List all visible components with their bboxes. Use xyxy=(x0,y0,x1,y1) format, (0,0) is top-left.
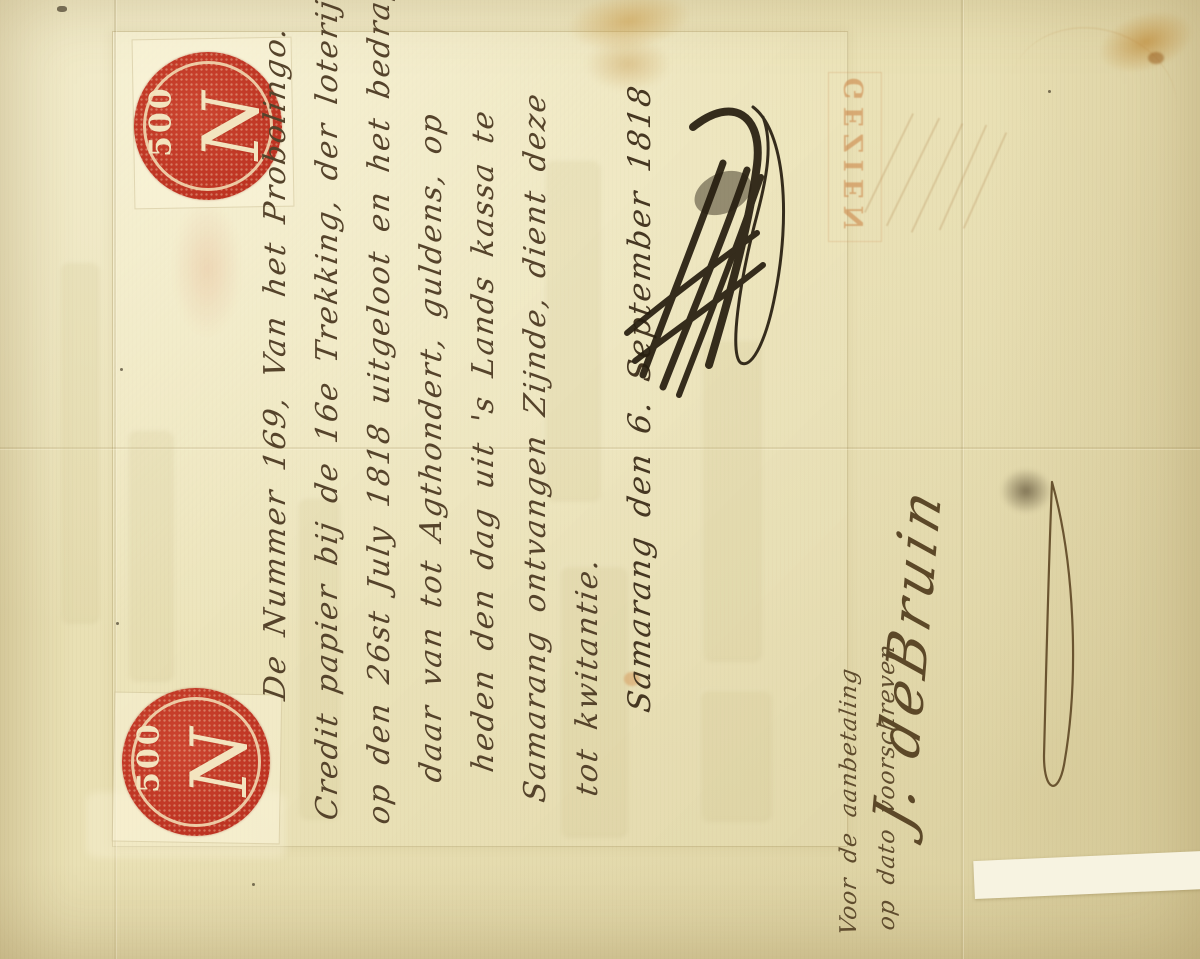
ghost-showthrough xyxy=(128,430,172,680)
receipt-line: daar van tot Agthondert, guldens, op xyxy=(406,50,458,830)
seal-offset-smudge xyxy=(172,198,242,338)
ink-blot xyxy=(1000,468,1052,514)
ink-speck xyxy=(116,622,119,625)
seal-value-label: 500 xyxy=(144,95,179,157)
ghost-stroke xyxy=(963,132,1008,229)
tape-strip xyxy=(973,851,1200,899)
gezien-stamp-showthrough: GEZIEN xyxy=(828,72,882,242)
receipt-line: Samarang ontvangen Zijnde, dient deze xyxy=(510,50,562,830)
seal-value-label: 500 xyxy=(132,731,167,793)
ghost-showthrough xyxy=(60,262,98,622)
ink-speck xyxy=(1048,90,1051,93)
receipt-line: op den 26st July 1818 uitgeloot en het b… xyxy=(354,50,406,830)
receipt-line: heden den dag uit 's Lands kassa te xyxy=(458,50,510,830)
red-seal-500-bottom: 500 N xyxy=(122,688,270,836)
handwritten-receipt-text: De Nummer 169, Van het Probolingo. Credi… xyxy=(250,50,666,830)
ghost-stroke xyxy=(939,125,988,231)
document-photo: 500 N 500 N GEZIEN De Nummer 169, Van he… xyxy=(0,0,1200,959)
ink-speck xyxy=(252,883,255,886)
stain-top-right-dark-tip xyxy=(1148,52,1164,64)
receipt-line: Credit papier bij de 16e Trekking, der l… xyxy=(302,50,354,830)
receipt-line: De Nummer 169, Van het Probolingo. xyxy=(250,50,302,830)
ink-speck xyxy=(57,6,67,12)
ghost-stroke xyxy=(886,118,940,227)
countersign-line: Voor de aanbetaling xyxy=(830,420,868,950)
ghost-showthrough xyxy=(700,690,770,820)
ghost-stroke xyxy=(911,123,964,233)
ink-speck xyxy=(120,368,123,371)
signature-flourish-loop xyxy=(1022,470,1092,800)
heavy-signature-scribble xyxy=(605,65,815,410)
